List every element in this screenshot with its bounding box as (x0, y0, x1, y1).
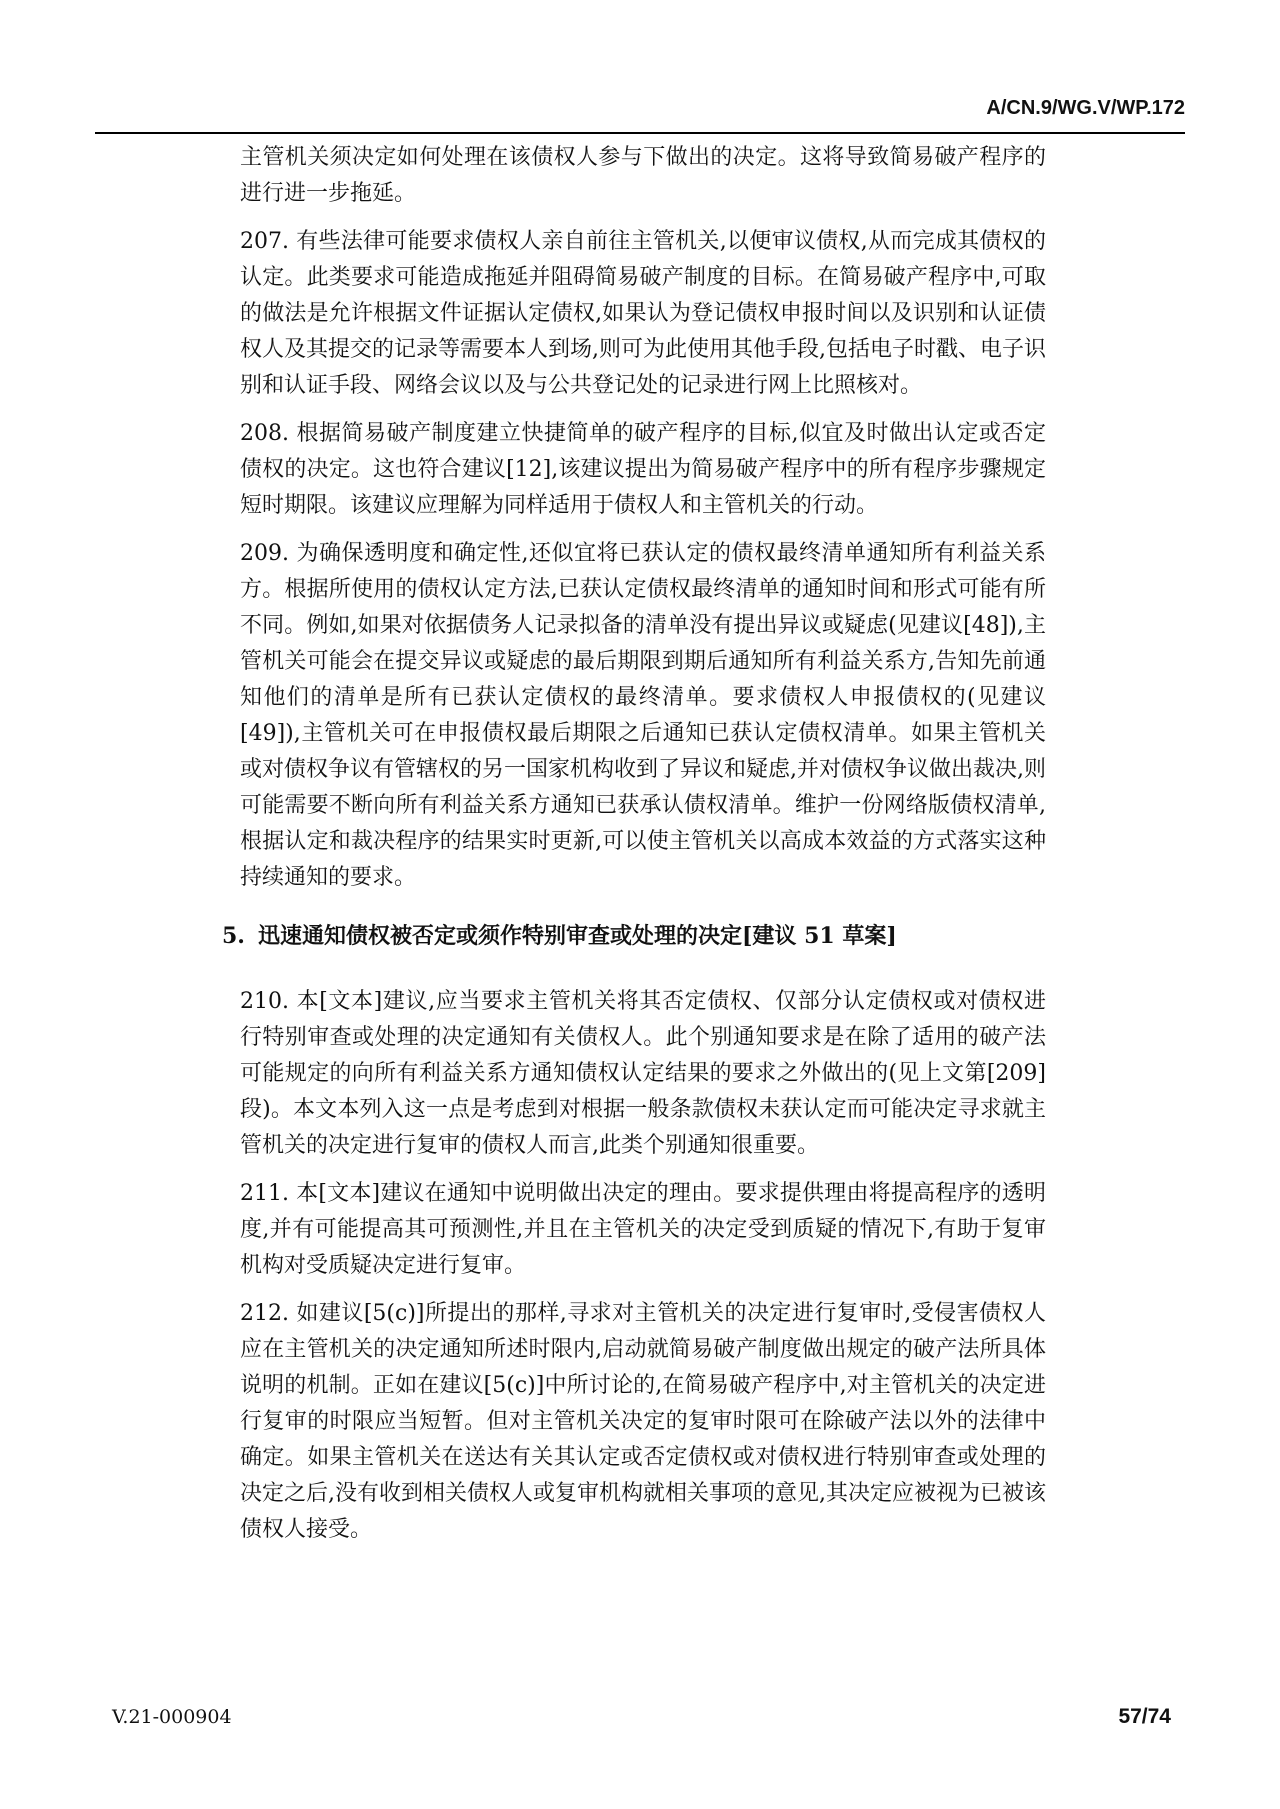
doc-symbol-text: A/CN.9/WG.V/WP.172 (986, 97, 1185, 119)
paragraph-210: 210. 本[文本]建议,应当要求主管机关将其否定债权、仅部分认定债权或对债权进… (240, 984, 1046, 1164)
paragraph-211: 211. 本[文本]建议在通知中说明做出决定的理由。要求提供理由将提高程序的透明… (240, 1176, 1046, 1284)
section-heading-number: 5. (222, 918, 258, 954)
section-heading-5: 5. 迅速通知债权被否定或须作特别审查或处理的决定[建议 51 草案] (240, 918, 1046, 954)
header-doc-symbol: A/CN.9/WG.V/WP.172 (95, 96, 1185, 134)
footer-document-number: V.21-000904 (112, 1706, 232, 1728)
footer-page-number: 57/74 (1118, 1705, 1171, 1729)
paragraph-207: 207. 有些法律可能要求债权人亲自前往主管机关,以便审议债权,从而完成其债权的… (240, 224, 1046, 404)
document-page: A/CN.9/WG.V/WP.172 主管机关须决定如何处理在该债权人参与下做出… (0, 0, 1280, 1809)
paragraph-continuation: 主管机关须决定如何处理在该债权人参与下做出的决定。这将导致简易破产程序的进行进一… (240, 140, 1046, 212)
document-body: 主管机关须决定如何处理在该债权人参与下做出的决定。这将导致简易破产程序的进行进一… (240, 140, 1046, 1548)
section-heading-title: 迅速通知债权被否定或须作特别审查或处理的决定[建议 51 草案] (258, 918, 1046, 954)
paragraph-209: 209. 为确保透明度和确定性,还似宜将已获认定的债权最终清单通知所有利益关系方… (240, 536, 1046, 896)
paragraph-208: 208. 根据简易破产制度建立快捷简单的破产程序的目标,似宜及时做出认定或否定债… (240, 416, 1046, 524)
paragraph-212: 212. 如建议[5(c)]所提出的那样,寻求对主管机关的决定进行复审时,受侵害… (240, 1296, 1046, 1548)
